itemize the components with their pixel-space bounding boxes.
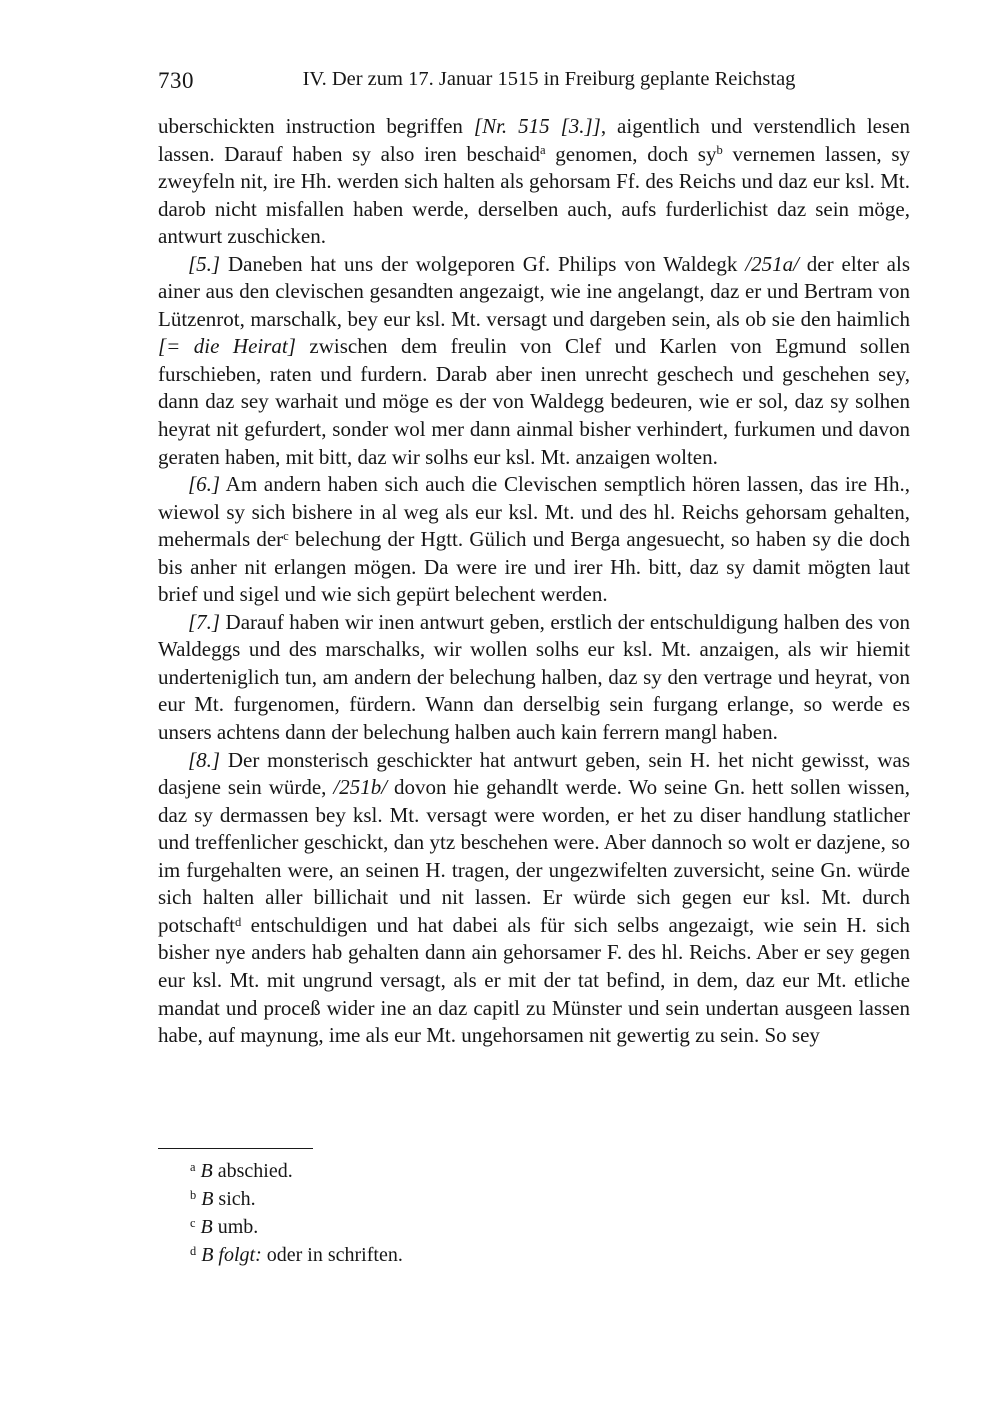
- paragraph-5: [5.] Daneben hat uns der wolgeporen Gf. …: [158, 251, 910, 471]
- footnote-marker: b: [190, 1188, 196, 1202]
- footnote-marker: c: [190, 1216, 196, 1230]
- footnote-text: B sich.: [201, 1188, 255, 1210]
- paragraph-6: [6.] Am andern haben sich auch die Clevi…: [158, 471, 910, 609]
- footnote-marker: a: [190, 1160, 196, 1174]
- page-header: 730 IV. Der zum 17. Januar 1515 in Freib…: [158, 68, 910, 96]
- paragraph-7: [7.] Darauf haben wir inen antwurt geben…: [158, 609, 910, 747]
- footnote-a: aB abschied.: [158, 1157, 910, 1185]
- footnote-text: B umb.: [201, 1216, 259, 1238]
- footnote-separator-rule: [158, 1148, 313, 1149]
- footnote-c: cB umb.: [158, 1213, 910, 1241]
- running-head: IV. Der zum 17. Januar 1515 in Freiburg …: [158, 68, 910, 91]
- footnote-d: dB folgt: oder in schriften.: [158, 1241, 910, 1269]
- book-page: 730 IV. Der zum 17. Januar 1515 in Freib…: [0, 0, 1004, 1418]
- main-text-block: uberschickten instruction begriffen [Nr.…: [158, 113, 910, 1050]
- footnote-text: B folgt: oder in schriften.: [201, 1244, 403, 1266]
- footnote-b: bB sich.: [158, 1185, 910, 1213]
- page-number: 730: [158, 68, 194, 94]
- paragraph-8: [8.] Der monsterisch geschickter hat ant…: [158, 747, 910, 1050]
- footnote-marker: d: [190, 1244, 196, 1258]
- paragraph-continuation: uberschickten instruction begriffen [Nr.…: [158, 113, 910, 251]
- footnote-text: B abschied.: [201, 1160, 293, 1182]
- footnotes-section: aB abschied. bB sich. cB umb. dB folgt: …: [158, 1148, 910, 1269]
